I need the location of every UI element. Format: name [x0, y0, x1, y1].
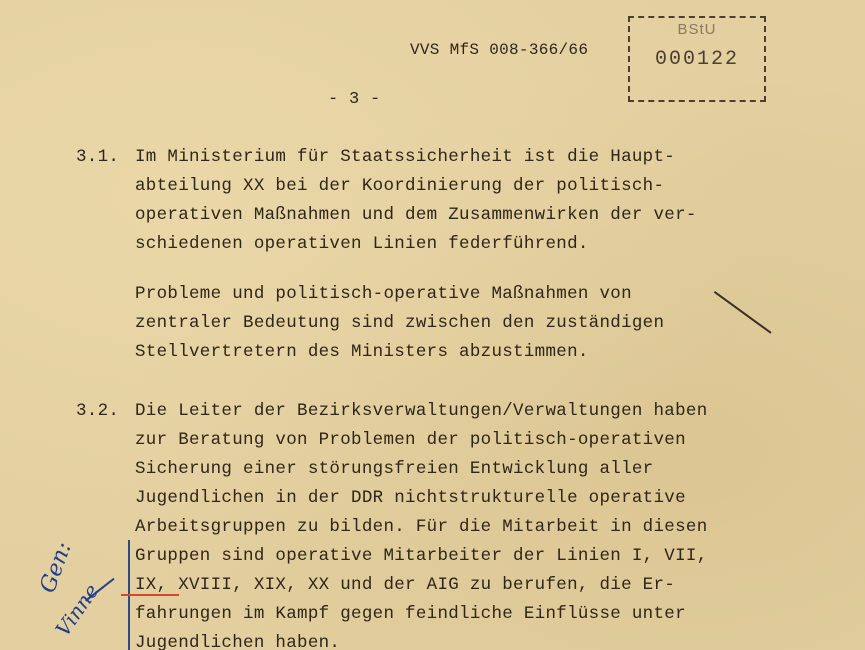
page-number: - 3 - [328, 90, 381, 109]
section-number: 3.1. [76, 147, 119, 167]
stamp-title: BStU [630, 21, 764, 38]
text-line: Die Leiter der Bezirksverwaltungen/Verwa… [135, 401, 708, 421]
text-line: Arbeitsgruppen zu bilden. Für die Mitarb… [135, 517, 708, 537]
text-line: schiedenen operativen Linien federführen… [135, 234, 589, 254]
text-line: operativen Maßnahmen und dem Zusammenwir… [135, 205, 697, 225]
section-number: 3.2. [76, 401, 119, 421]
text-line: zentraler Bedeutung sind zwischen den zu… [135, 313, 664, 333]
document-reference: VVS MfS 008-366/66 [410, 41, 588, 59]
archive-stamp: BStU 000122 [628, 16, 766, 102]
pencil-stroke [714, 291, 772, 333]
red-underline [121, 594, 179, 596]
handwritten-note: Gen: [35, 539, 76, 597]
text-line: Probleme und politisch-operative Maßnahm… [135, 284, 632, 304]
text-line: Jugendlichen haben. [135, 633, 340, 650]
text-line: Gruppen sind operative Mitarbeiter der L… [135, 546, 708, 566]
text-line: Stellvertretern des Ministers abzustimme… [135, 342, 589, 362]
text-line: fahrungen im Kampf gegen feindliche Einf… [135, 604, 686, 624]
text-line: zur Beratung von Problemen der politisch… [135, 430, 686, 450]
stamp-number: 000122 [630, 48, 764, 71]
text-line: abteilung XX bei der Koordinierung der p… [135, 176, 664, 196]
text-line: Jugendlichen in der DDR nichtstrukturell… [135, 488, 686, 508]
text-line: Im Ministerium für Staatssicherheit ist … [135, 147, 675, 167]
text-line: IX, XVIII, XIX, XX und der AIG zu berufe… [135, 575, 675, 595]
text-line: Sicherung einer störungsfreien Entwicklu… [135, 459, 653, 479]
